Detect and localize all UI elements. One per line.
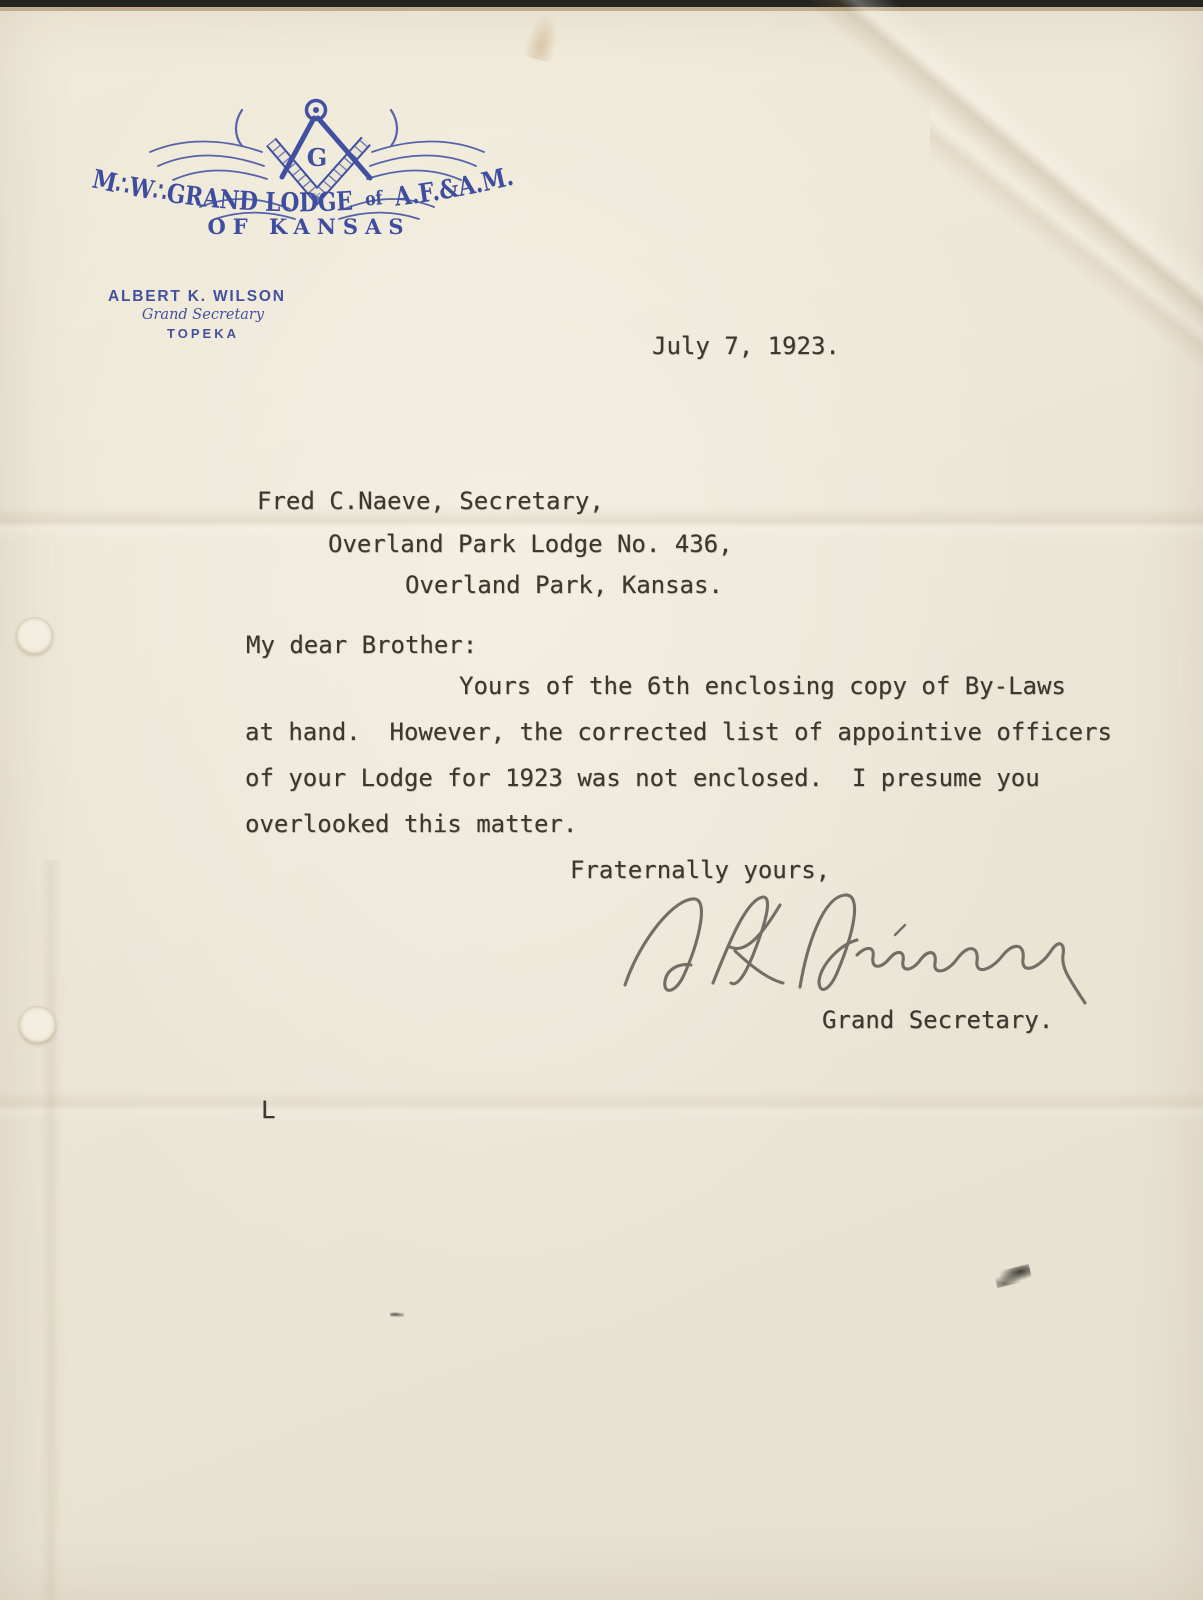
signer-typed-title: Grand Secretary. [822,1007,1053,1033]
punch-hole [19,1006,56,1043]
body-line: of your Lodge for 1923 was not enclosed.… [245,765,1040,791]
emblem-letter-g: G [307,143,328,172]
square-and-compasses-icon: G [271,101,370,197]
letter-date: July 7, 1923. [652,333,840,359]
body-line: at hand. However, the corrected list of … [245,719,1112,745]
closing-line: Fraternally yours, [570,857,830,883]
paper-stain [523,11,563,63]
letterhead-graphic: G M∴W∴GRAND LODGE of A.F.&A.M. OF KANSAS [85,76,550,251]
officer-name: ALBERT K. WILSON [108,288,318,306]
recipient-line: Overland Park Lodge No. 436, [328,531,733,557]
body-line: overlooked this matter. [245,811,577,837]
fold-crease [930,40,1203,500]
officer-title: Grand Secretary [108,307,298,323]
org-name-main: M∴W∴GRAND LODGE [89,165,353,219]
ink-smudge [994,1264,1033,1288]
scan-edge-top [0,0,1203,7]
fold-crease [0,1078,1203,1130]
org-name-tail: A.F.&A.M. [392,162,516,213]
scan-edge-shadow [0,7,1203,11]
scanned-letter-page: G M∴W∴GRAND LODGE of A.F.&A.M. OF KANSAS… [0,0,1203,1600]
letterhead-subtitle: OF KANSAS [207,214,410,239]
body-line: Yours of the 6th enclosing copy of By-La… [459,673,1066,699]
typist-initial: L [261,1097,275,1123]
fold-crease [36,860,66,1600]
punch-hole [16,617,53,654]
recipient-line: Overland Park, Kansas. [405,572,723,598]
ink-speck [390,1311,404,1318]
org-name-of: of [364,187,385,211]
recipient-line: Fred C.Naeve, Secretary, [257,488,604,514]
fold-crease [810,0,1203,410]
salutation: My dear Brother: [246,632,477,658]
signature-ak-wilson [595,885,1100,1020]
officer-city: TOPEKA [108,326,298,341]
